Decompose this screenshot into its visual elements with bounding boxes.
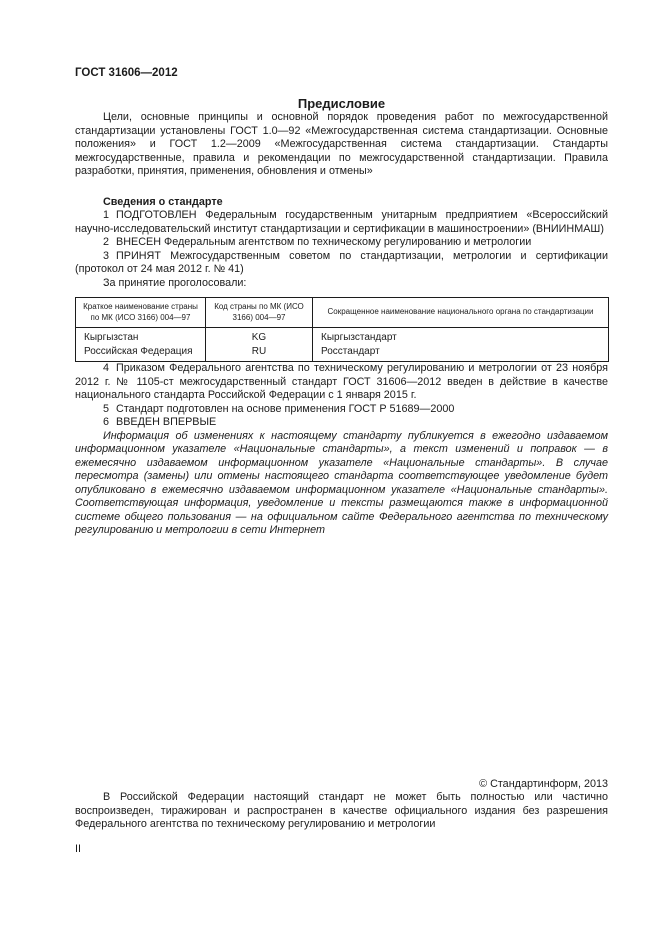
- standard-item-4: 4Приказом Федерального агентства по техн…: [75, 362, 608, 403]
- cell-body: Кыргызстандарт: [313, 328, 609, 345]
- item-number: 2: [103, 236, 116, 248]
- reproduction-note: В Российской Федерации настоящий стандар…: [75, 791, 608, 832]
- item-number: 3: [103, 250, 116, 262]
- copyright-line: © Стандартинформ, 2013: [75, 778, 608, 791]
- table-row: Кыргызстан KG Кыргызстандарт: [76, 328, 609, 345]
- standard-item-5: 5Стандарт подготовлен на основе применен…: [75, 403, 608, 417]
- vote-label: За принятие проголосовали:: [75, 277, 608, 291]
- item-text: ВВЕДЕН ВПЕРВЫЕ: [116, 416, 216, 428]
- amendments-notice: Информация об изменениях к настоящему ст…: [75, 430, 608, 538]
- document-page-content: ГОСТ 31606—2012 Предисловие Цели, основн…: [75, 67, 608, 538]
- item-number: 4: [103, 362, 116, 374]
- cell-country: Российская Федерация: [76, 345, 206, 362]
- standard-item-6: 6ВВЕДЕН ВПЕРВЫЕ: [75, 416, 608, 430]
- item-text: ВНЕСЕН Федеральным агентством по техниче…: [116, 236, 531, 248]
- section-heading-standard-info: Сведения о стандарте: [75, 196, 608, 210]
- item-text: ПРИНЯТ Межгосударственным советом по ста…: [75, 250, 608, 276]
- item-number: 1: [103, 209, 116, 221]
- table-header-country: Краткое наименование страны по МК (ИСО 3…: [76, 298, 206, 328]
- page-footer: © Стандартинформ, 2013 В Российской Феде…: [75, 778, 608, 856]
- intro-paragraph: Цели, основные принципы и основной поряд…: [75, 111, 608, 179]
- cell-code: RU: [206, 345, 313, 362]
- cell-body: Росстандарт: [313, 345, 609, 362]
- table-header-row: Краткое наименование страны по МК (ИСО 3…: [76, 298, 609, 328]
- table-header-code: Код страны по МК (ИСО 3166) 004—97: [206, 298, 313, 328]
- doc-number: ГОСТ 31606—2012: [75, 67, 608, 80]
- page-title: Предисловие: [75, 96, 608, 111]
- standard-item-2: 2ВНЕСЕН Федеральным агентством по технич…: [75, 236, 608, 250]
- standard-item-3: 3ПРИНЯТ Межгосударственным советом по ст…: [75, 250, 608, 277]
- standard-item-1: 1ПОДГОТОВЛЕН Федеральным государственным…: [75, 209, 608, 236]
- vote-table: Краткое наименование страны по МК (ИСО 3…: [75, 297, 609, 362]
- cell-code: KG: [206, 328, 313, 345]
- item-text: Стандарт подготовлен на основе применени…: [116, 403, 454, 415]
- table-header-body: Сокращенное наименование национального о…: [313, 298, 609, 328]
- item-text: Приказом Федерального агентства по техни…: [75, 362, 608, 401]
- cell-country: Кыргызстан: [76, 328, 206, 345]
- item-number: 6: [103, 416, 116, 428]
- table-row: Российская Федерация RU Росстандарт: [76, 345, 609, 362]
- item-text: ПОДГОТОВЛЕН Федеральным государственным …: [75, 209, 608, 235]
- item-number: 5: [103, 403, 116, 415]
- page-number: II: [75, 843, 608, 856]
